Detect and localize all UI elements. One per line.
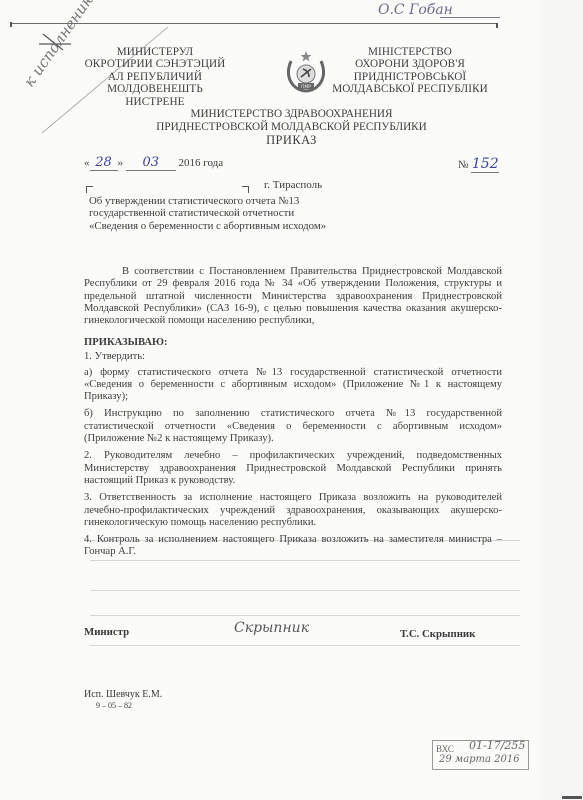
subject-bracket-left <box>86 186 93 193</box>
stamp-number: 01-17/255 <box>469 739 525 752</box>
preamble: В соответствии с Постановлением Правител… <box>84 266 502 327</box>
header-uk-line: МІНІСТЕРСТВО <box>330 46 490 58</box>
order-item: 3. Ответственность за исполнение настоящ… <box>84 492 502 529</box>
order-title: ПРИКАЗ <box>0 134 583 147</box>
header-uk-line: ПРИДНІСТРОВСЬКОЇ <box>330 71 490 83</box>
handwritten-signature: Скрыпник <box>234 620 309 636</box>
subject-line: государственной статистической отчетност… <box>89 207 326 219</box>
header-moldovan: МИНИСТЕРУЛ ОКРОТИРИИ СЭНЭТЭЦИЙ АЛ РЕПУБЛ… <box>80 46 230 108</box>
order-subject: Об утверждении статистического отчета №1… <box>89 195 326 232</box>
header-ro-line: МОЛДОВЕНЕШТЬ НИСТРЕНЕ <box>80 83 230 108</box>
svg-text:ПМР: ПМР <box>301 84 311 90</box>
header-ukrainian: МІНІСТЕРСТВО ОХОРОНИ ЗДОРОВ'Я ПРИДНІСТРО… <box>330 46 490 96</box>
order-item: б) Инструкцию по заполнению статистическ… <box>84 408 502 445</box>
header-uk-line: МОЛДАВСЬКОЇ РЕСПУБЛІКИ <box>330 83 490 95</box>
date-year: 2016 года <box>179 157 224 169</box>
handwritten-underline <box>440 17 500 18</box>
signer-name: Т.С. Скрыпник <box>400 628 475 640</box>
number-label: № <box>458 159 469 171</box>
header-ro-line: ОКРОТИРИИ СЭНЭТЭЦИЙ <box>80 58 230 70</box>
order-number: № 152 <box>458 156 499 173</box>
header-uk-line: ОХОРОНИ ЗДОРОВ'Я <box>330 58 490 70</box>
order-item: 1. Утвердить: <box>84 351 502 363</box>
document-page: О.С Гобан к исполнению и в Сад МИНИСТЕРУ… <box>0 0 583 800</box>
ministry-line2: ПРИДНЕСТРОВСКОЙ МОЛДАВСКОЙ РЕСПУБЛИКИ <box>0 121 583 134</box>
top-rule-end <box>496 23 498 28</box>
date-month: 03 <box>126 155 176 171</box>
quote-close: » <box>118 157 124 169</box>
incoming-stamp: ВХС 01-17/255 29 марта 2016 <box>432 740 529 770</box>
state-emblem-icon: ПМР <box>283 49 329 95</box>
subject-line: Об утверждении статистического отчета №1… <box>89 195 326 207</box>
order-item: а) форму статистического отчета №13 госу… <box>84 367 502 404</box>
executor: Исп. Шевчук Е.М. 9 – 05 – 82 <box>84 689 162 711</box>
ministry-line1: МИНИСТЕРСТВО ЗДРАВООХРАНЕНИЯ <box>0 108 583 121</box>
header-ro-line: АЛ РЕПУБЛИЧИЙ <box>80 71 230 83</box>
order-word: ПРИКАЗЫВАЮ: <box>84 337 502 349</box>
order-item: 4. Контроль за исполнением настоящего Пр… <box>84 534 502 559</box>
signer-title: Министр <box>84 626 129 638</box>
stamp-label: ВХС <box>436 744 454 754</box>
city: г. Тирасполь <box>264 179 322 191</box>
executor-name: Исп. Шевчук Е.М. <box>84 689 162 700</box>
executor-phone: 9 – 05 – 82 <box>84 700 162 711</box>
subject-line: «Сведения о беременности с абортивным ис… <box>89 220 326 232</box>
subject-bracket-right <box>242 186 249 193</box>
header-ro-line: МИНИСТЕРУЛ <box>80 46 230 58</box>
order-item: 2. Руководителям лечебно – профилактичес… <box>84 450 502 487</box>
top-handwritten-note: О.С Гобан <box>378 2 453 18</box>
bleed-through-line <box>90 590 520 591</box>
stamp-date: 29 марта 2016 <box>439 754 520 765</box>
scan-corner-mark <box>562 796 582 799</box>
top-rule <box>10 23 498 24</box>
left-tick <box>10 22 12 27</box>
order-date: «28» 03 2016 года <box>84 155 223 171</box>
date-day: 28 <box>90 155 118 171</box>
bleed-through-line <box>90 615 520 616</box>
bleed-through-line <box>90 645 520 646</box>
order-body: ПРИКАЗЫВАЮ: 1. Утвердить: а) форму стати… <box>84 337 502 564</box>
number-value: 152 <box>471 156 499 173</box>
